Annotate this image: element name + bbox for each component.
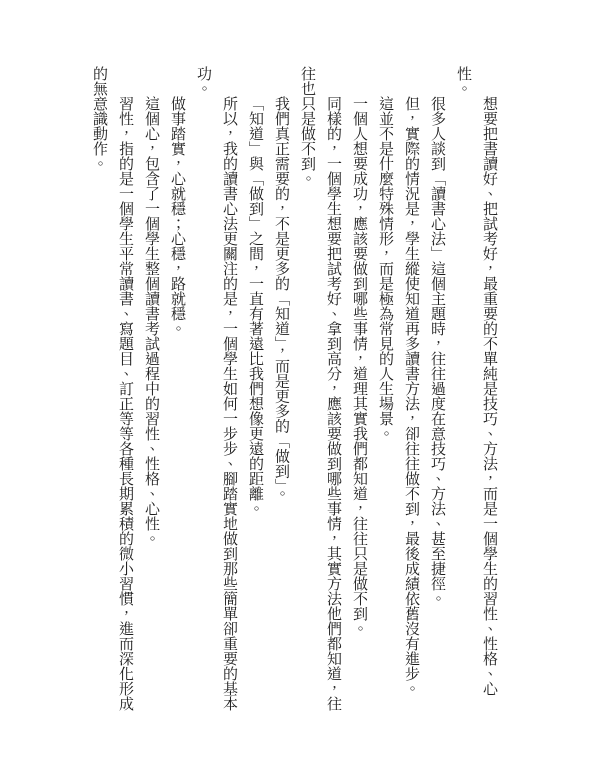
paragraph: 習性，指的是一個學生平常讀書、寫題目、訂正等等各種長期累積的微小習慣，進而深化形… [86,66,138,714]
paragraph: 想要把書讀好、把試考好，最重要的不單純是技巧、方法，而是一個學生的習性、性格、心… [450,66,502,714]
paragraph: 這個心，包含了一個學生整個讀書考試過程中的習性、性格、心性。 [138,66,164,714]
paragraph: 但，實際的情況是，學生縱使知道再多讀書方法，卻往往做不到，最後成績依舊沒有進步。 [398,66,424,714]
vertical-text-block: 想要把書讀好、把試考好，最重要的不單純是技巧、方法，而是一個學生的習性、性格、心… [86,66,502,714]
paragraph: 同樣的，一個學生想要把試考好、拿到高分，應該要做到哪些事情，其實方法他們都知道，… [294,66,346,714]
paragraph: 我們真正需要的，不是更多的「知道」，而是更多的「做到」。 [268,66,294,714]
paragraph: 一個人想要成功，應該要做到哪些事情，道理其實我們都知道，往往只是做不到。 [346,66,372,714]
document-page: 想要把書讀好、把試考好，最重要的不單純是技巧、方法，而是一個學生的習性、性格、心… [0,0,600,777]
paragraph: 很多人談到「讀書心法」這個主題時，往往過度在意技巧、方法、甚至捷徑。 [424,66,450,714]
paragraph: 所以，我的讀書心法更關注的是，一個學生如何一步步、腳踏實地做到那些簡單卻重要的基… [190,66,242,714]
paragraph: 「知道」與「做到」之間，一直有著遠比我們想像更遠的距離。 [242,66,268,714]
paragraph: 做事踏實，心就穩；心穩，路就穩。 [164,66,190,714]
paragraph: 這並不是什麼特殊情形，而是極為常見的人生場景。 [372,66,398,714]
